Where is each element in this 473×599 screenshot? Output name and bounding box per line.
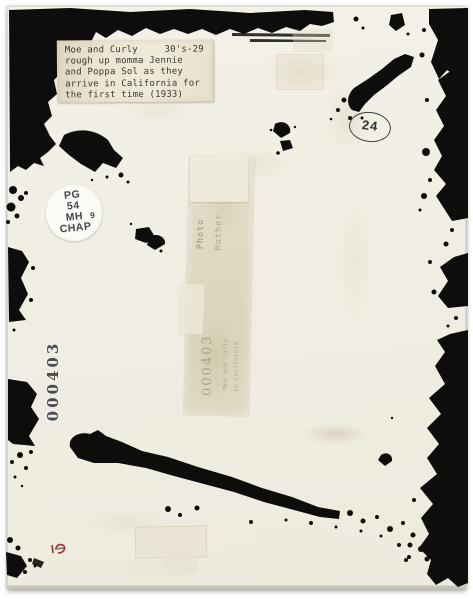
brush-stroke-upper-right-diagonal [330, 54, 414, 120]
tape-remnant-bottom-small [129, 560, 187, 576]
photo-back-scan: Photo Mother 000403 Moe and Curly to Cal… [0, 0, 473, 599]
tape-faint-word-mother: Mother [214, 205, 224, 259]
brush-top-scatter [354, 13, 410, 36]
brush-bottom-left-corner [6, 537, 44, 578]
tape-faint-word-photo: Photo [196, 209, 206, 259]
caption-text: Moe and Curly [65, 45, 138, 57]
center-tape-top-piece [190, 156, 248, 202]
typed-caption-label: Moe and Curly 30's-29 rough up momma Jen… [57, 39, 213, 102]
brush-stroke-bottom-diagonal [70, 430, 430, 562]
tape-bleed-number: 000403 [200, 336, 214, 396]
tape-remnant-bottom-center [254, 525, 333, 571]
tape-remnant-top-small [292, 29, 333, 53]
sticker-side-note: 9 [90, 210, 96, 221]
brush-left-edge [6, 186, 39, 487]
caption-line: the first time (1933) [65, 89, 206, 101]
brush-blobs-left-center [130, 223, 165, 253]
brush-blobs-center [270, 122, 296, 155]
brush-stroke-right-bar [391, 8, 468, 587]
red-mark [52, 545, 65, 553]
caption-code: 30's-29 [164, 45, 203, 56]
caption-line: arrive in California for [65, 78, 206, 90]
tape-bleed-line: Moe and Curly [221, 329, 229, 399]
caption-line: Moe and Curly 30's-29 [65, 45, 206, 57]
brush-stroke-upper-left-diagonal [59, 130, 123, 172]
tape-remnant-top-right-of-label [276, 54, 324, 90]
center-tape-side-piece [179, 284, 205, 335]
tape-bleed-line: to California [232, 332, 240, 402]
brush-dot-mid-right [378, 453, 392, 466]
stamped-number: 000403 [44, 340, 64, 422]
